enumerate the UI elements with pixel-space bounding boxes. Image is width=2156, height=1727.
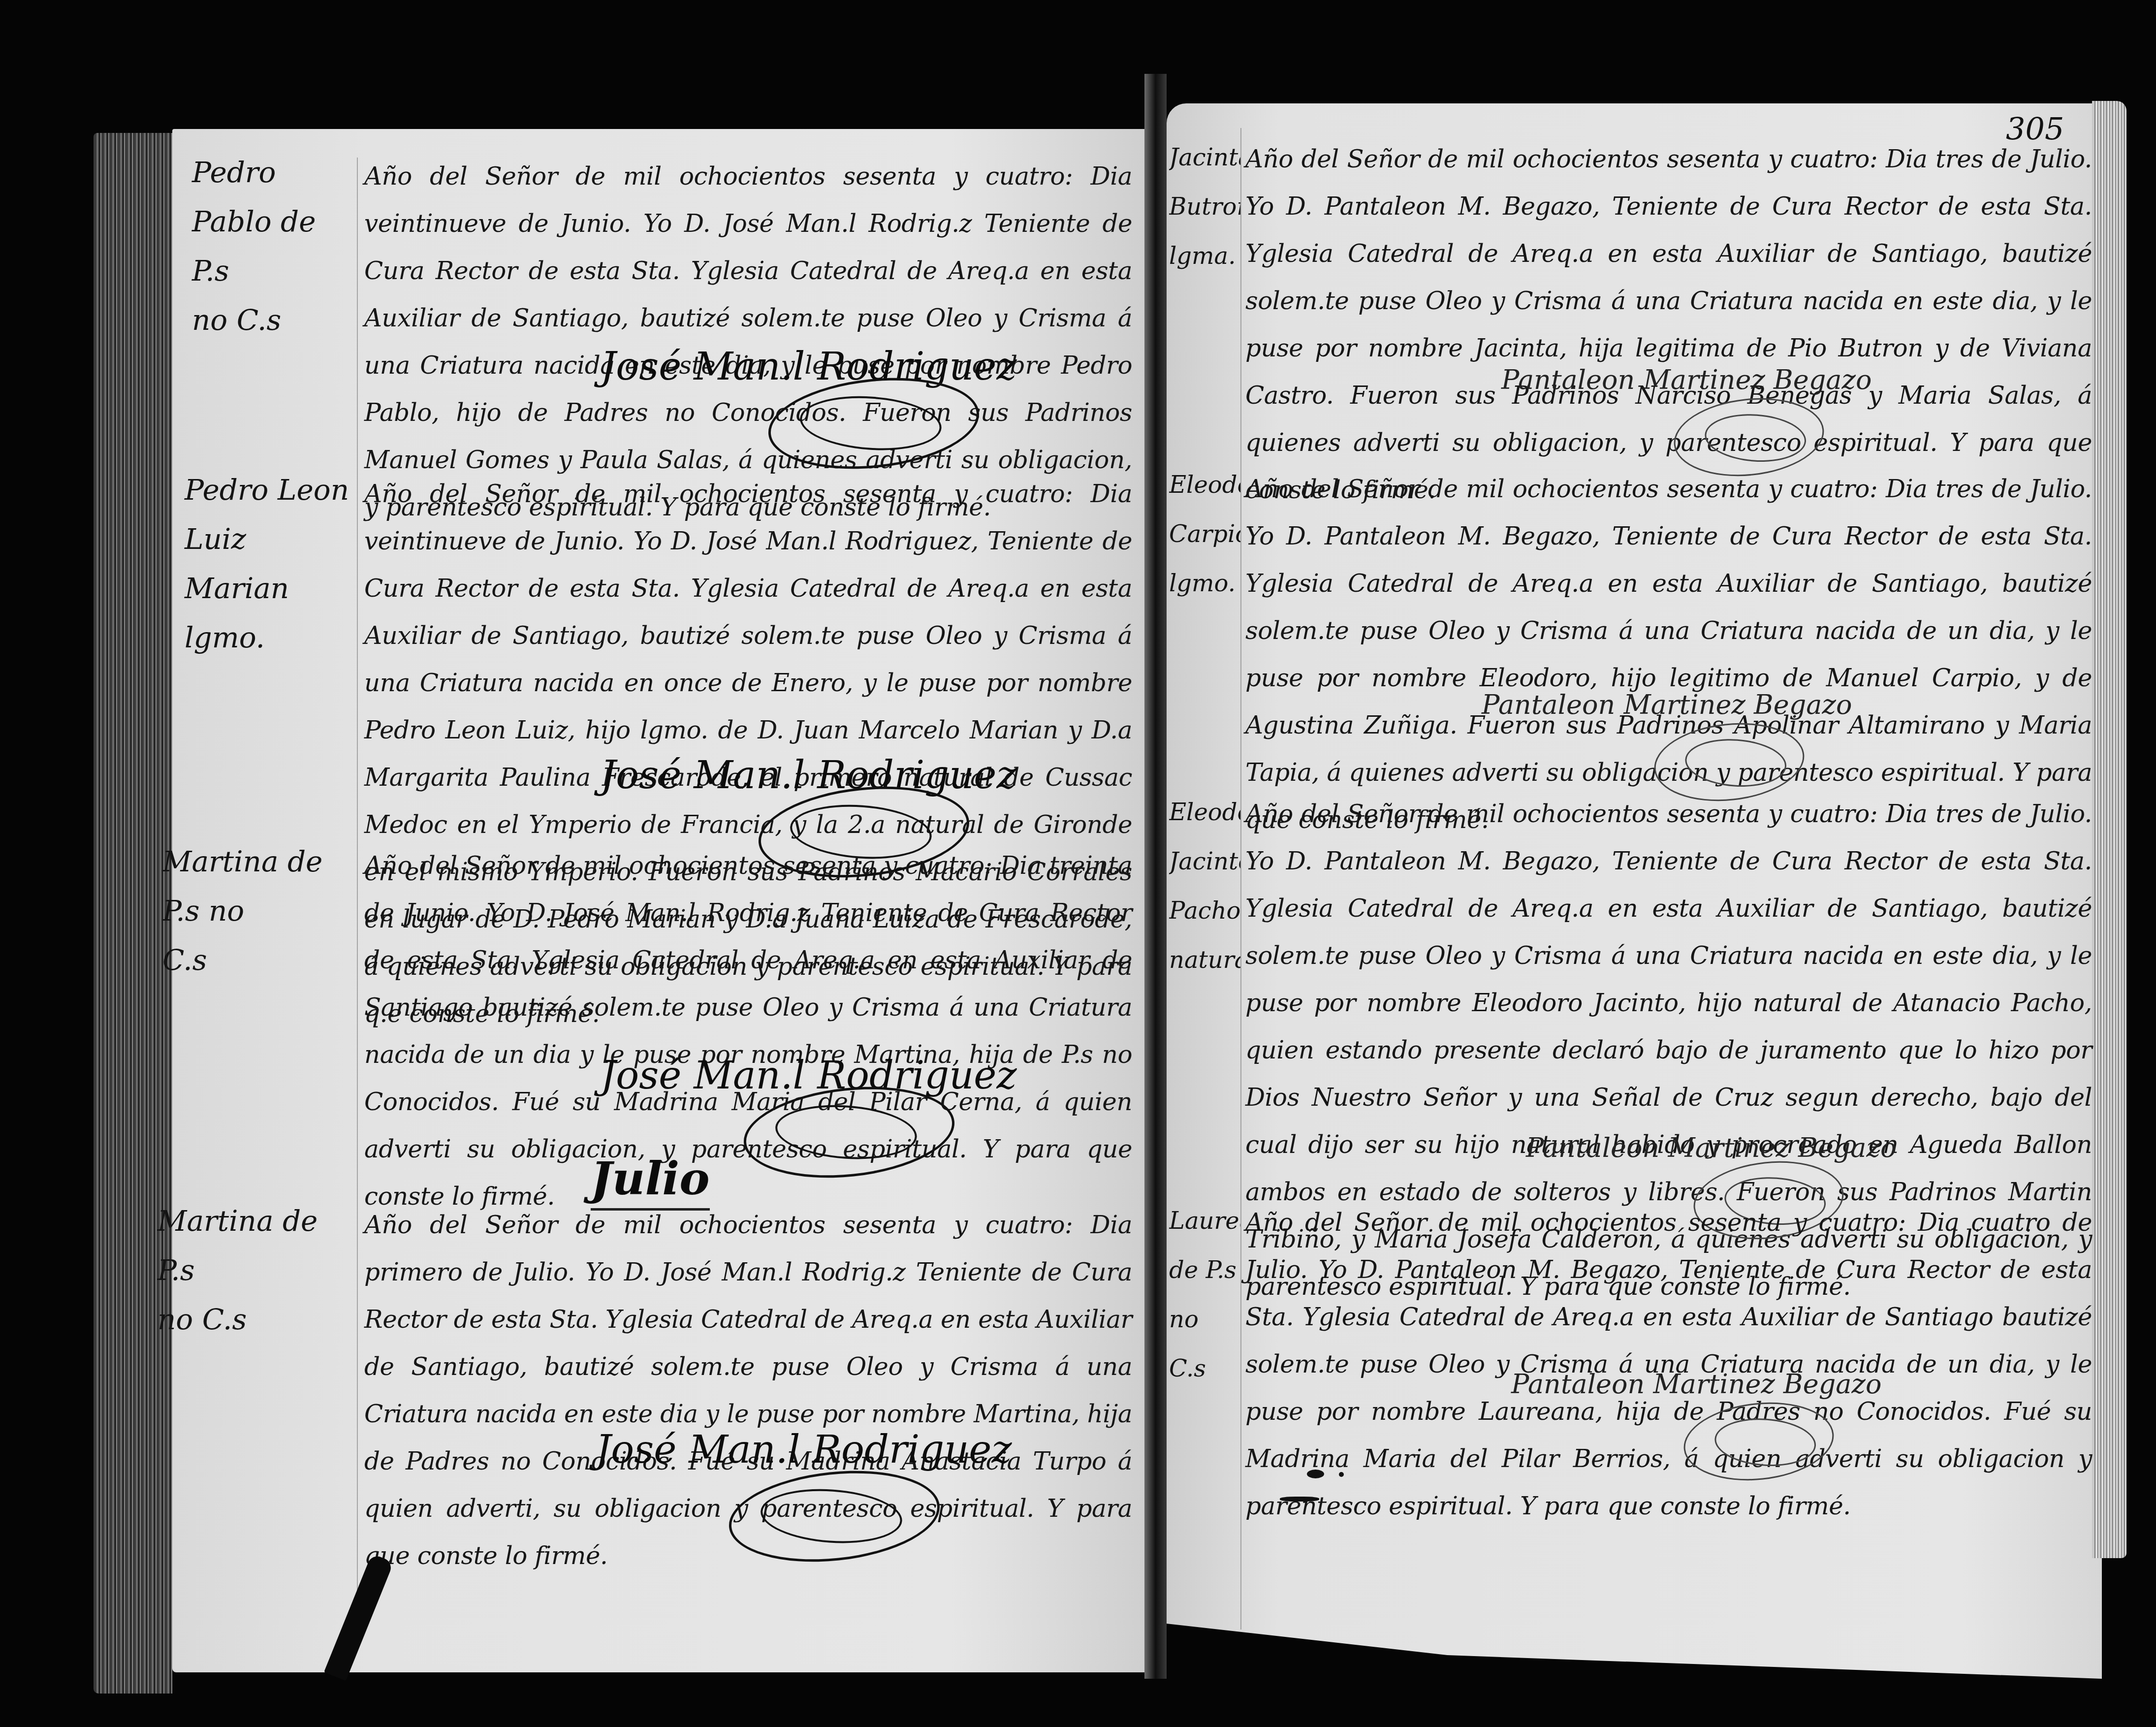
priest-signature: José Man.l Rodriguez <box>601 1054 1017 1098</box>
entry-margin-name: Eleodoro Jacinto Pacho natural. <box>1169 788 1240 985</box>
priest-signature: Pantaleon Martinez Begazo <box>1511 1369 1881 1400</box>
ink-blot <box>1280 1497 1319 1502</box>
priest-signature: Pantaleon Martinez Begazo <box>1526 1132 1896 1163</box>
entry-margin-name: Martina de P.s no C.s <box>158 1196 354 1344</box>
ink-blot <box>1339 1472 1344 1477</box>
ink-blot <box>1307 1470 1324 1478</box>
left-page-edges <box>94 133 172 1694</box>
baptism-entry-text: Año del Señor de mil ochocientos sesenta… <box>364 842 1132 1220</box>
priest-signature: José Man.l Rodriguez <box>601 753 1017 798</box>
left-margin-rule <box>357 158 358 1615</box>
entry-margin-name: Eleodoro Carpio lgmo. <box>1169 460 1240 608</box>
entry-margin-name: Pedro Pablo de P.s no C.s <box>192 148 354 345</box>
priest-signature: Pantaleon Martinez Begazo <box>1501 364 1871 395</box>
right-page-edges <box>2092 101 2126 1558</box>
priest-signature: Pantaleon Martinez Begazo <box>1482 689 1852 720</box>
register-spread: 305 Pedro Pablo de P.s no C.s Año del Se… <box>0 0 2156 1727</box>
entry-margin-name: Martina de P.s no C.s <box>162 837 354 985</box>
entry-margin-name: Laureana de P.s no C.s <box>1169 1196 1240 1393</box>
book-gutter <box>1144 74 1167 1679</box>
entry-margin-name: Jacinta Butron lgma. <box>1169 133 1240 281</box>
entry-margin-name: Pedro Leon Luiz Marian lgmo. <box>185 465 357 662</box>
baptism-entry-text: Año del Señor de mil ochocientos sesenta… <box>1245 135 2092 513</box>
baptism-entry-text: Año del Señor de mil ochocientos sesenta… <box>1245 1199 2092 1530</box>
priest-signature: José Man.l Rodriguez <box>601 345 1017 389</box>
priest-signature: José Man.l Rodriguez <box>596 1428 1012 1472</box>
right-margin-rule <box>1240 128 1241 1630</box>
